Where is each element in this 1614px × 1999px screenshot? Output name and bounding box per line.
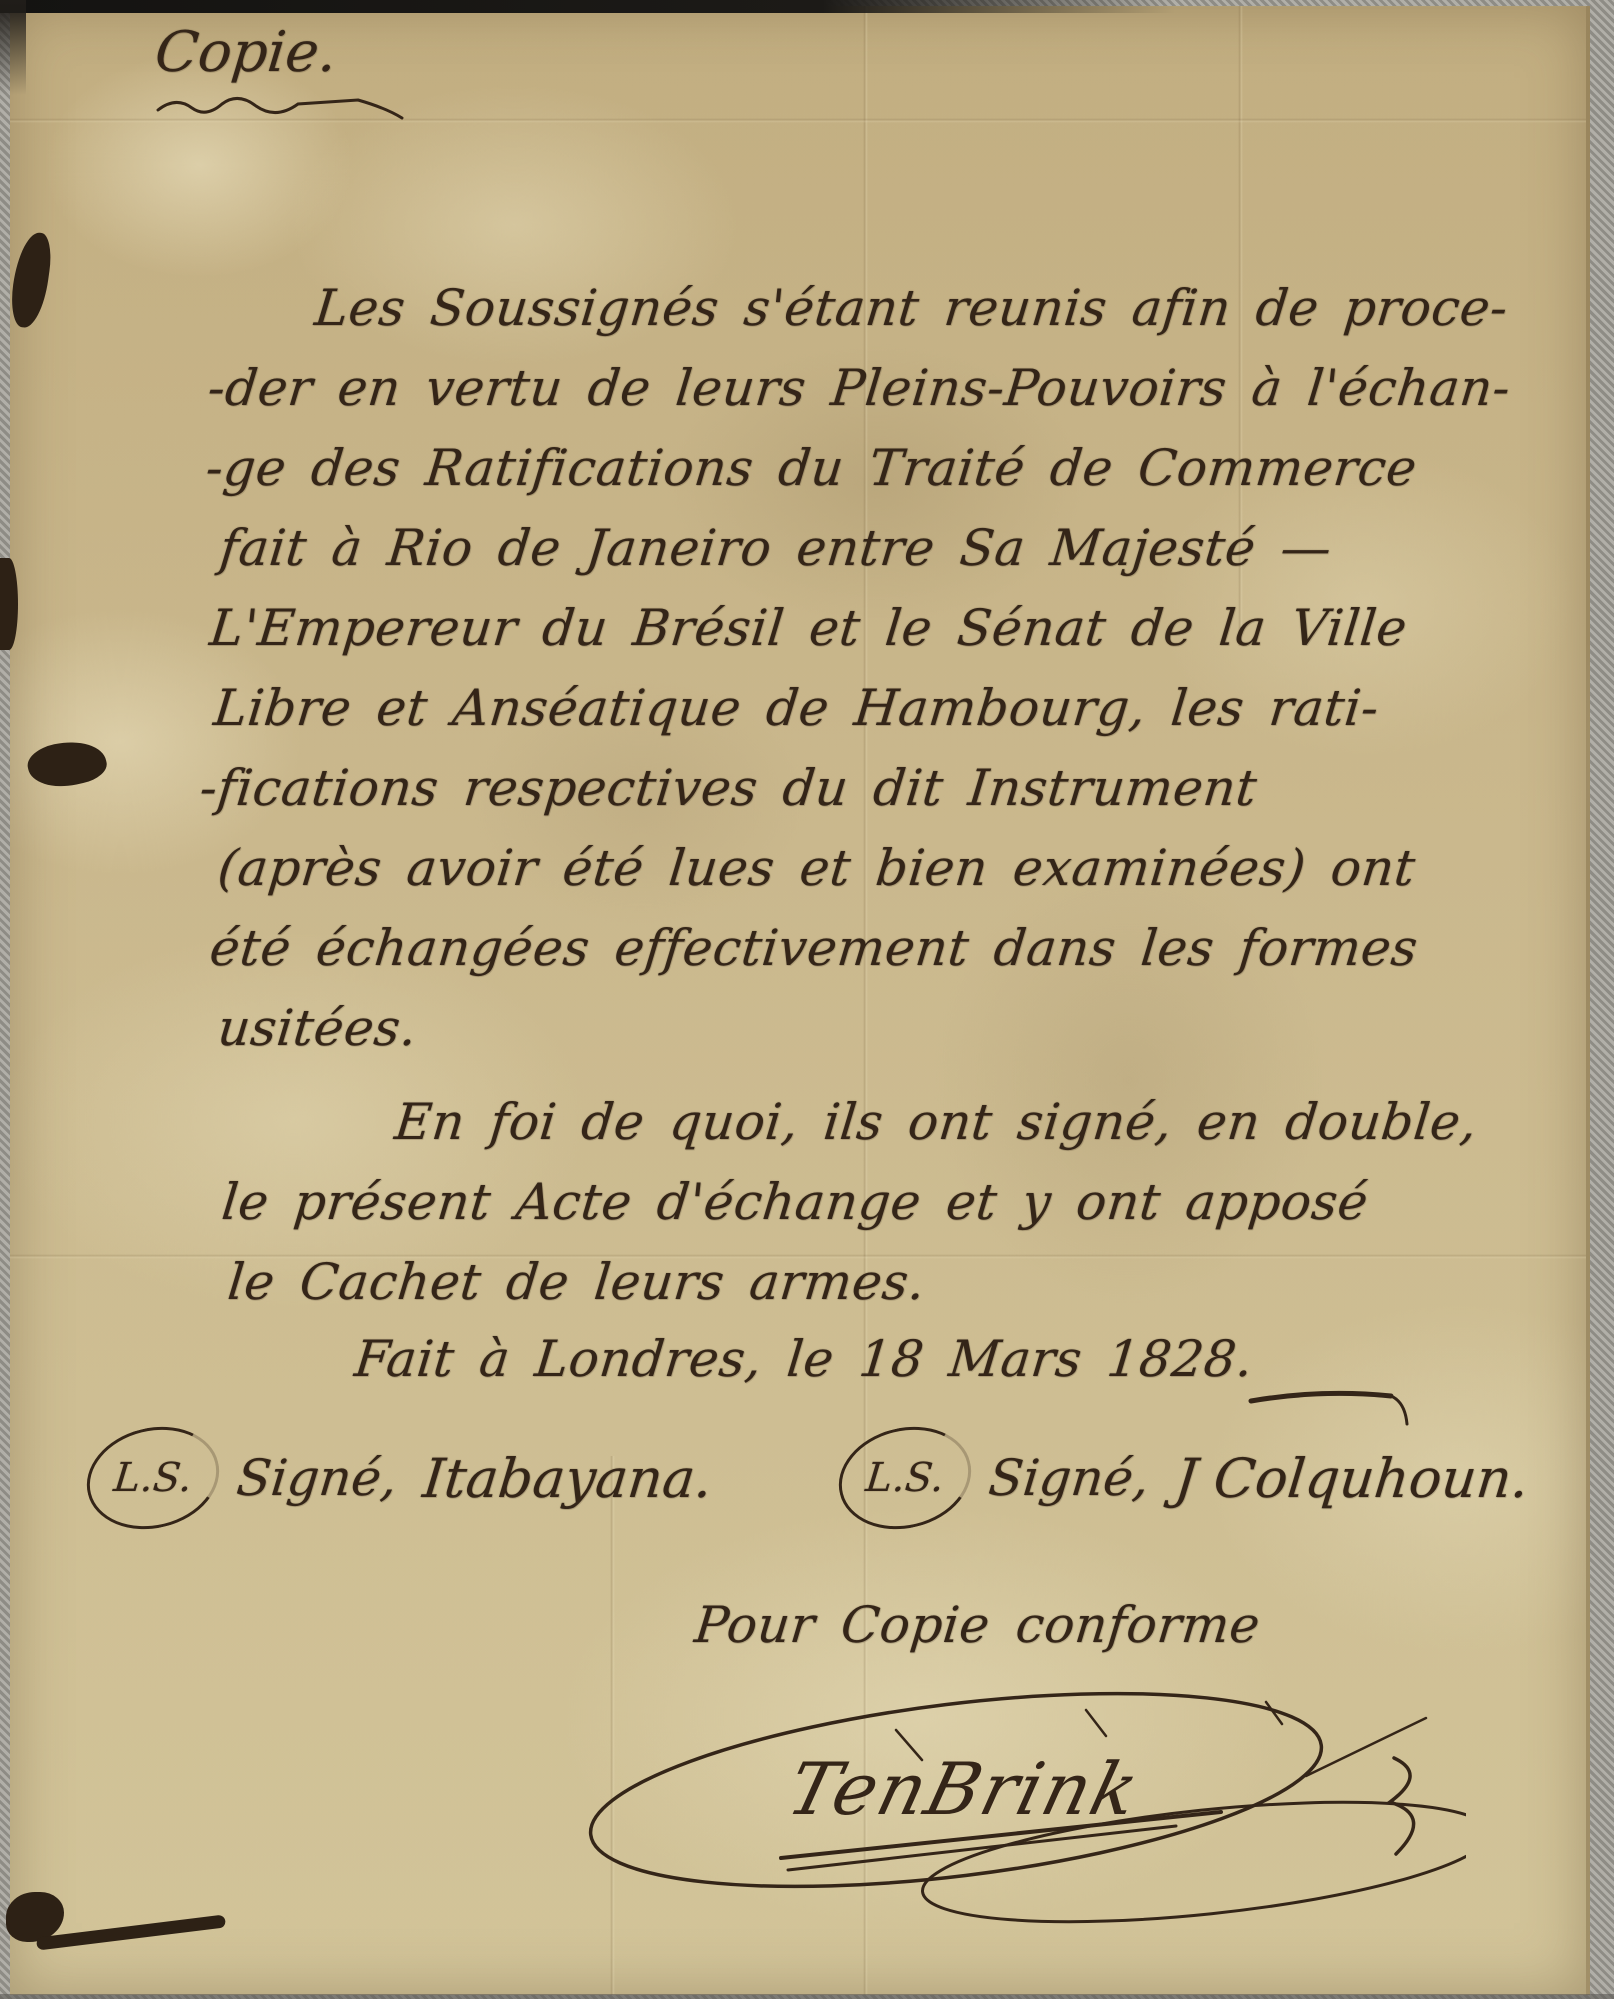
photo-edge-top-left — [0, 0, 26, 95]
dateline: Fait à Londres, le 18 Mars 1828. — [352, 1330, 1256, 1388]
signed-prefix: Signé, — [234, 1449, 400, 1507]
ls-seal-icon: L.S. — [828, 1413, 982, 1542]
ls-seal-label: L.S. — [864, 1455, 947, 1501]
text-line: usitées. — [196, 988, 1534, 1068]
ls-seal-icon: L.S. — [76, 1413, 230, 1542]
photograph-background: Copie. Les Soussignés s'étant reunis afi… — [0, 0, 1614, 1999]
header-copie-label: Copie. — [152, 20, 340, 85]
body-paragraph-2: En foi de quoi, ils ont signé, en double… — [196, 1082, 1526, 1322]
text-line: fait à Rio de Janeiro entre Sa Majesté — — [196, 508, 1534, 588]
text-line: (après avoir été lues et bien examinées)… — [196, 828, 1534, 908]
text-line: été échangées effectivement dans les for… — [196, 908, 1534, 988]
text-line: -ge des Ratifications du Traité de Comme… — [196, 428, 1534, 508]
signature-itabayana: L.S. Signé, Itabayana. — [86, 1428, 709, 1528]
ink-blot — [0, 558, 18, 650]
certification-line: Pour Copie conforme — [692, 1596, 1263, 1654]
signatory-name: Itabayana. — [420, 1447, 715, 1510]
text-line: -fications respectives du dit Instrument — [196, 748, 1534, 828]
copie-flourish — [150, 88, 410, 128]
body-paragraph-1: Les Soussignés s'étant reunis afin de pr… — [196, 268, 1526, 1068]
text-line: Les Soussignés s'étant reunis afin de pr… — [196, 268, 1534, 348]
ls-seal-label: L.S. — [112, 1455, 195, 1501]
text-line: Libre et Anséatique de Hambourg, les rat… — [196, 668, 1534, 748]
signed-prefix: Signé, — [986, 1449, 1152, 1507]
certifier-signature: TenBrink — [566, 1672, 1466, 1972]
text-line: -der en vertu de leurs Pleins-Pouvoirs à… — [196, 348, 1534, 428]
text-line: le Cachet de leurs armes. — [196, 1242, 1534, 1322]
text-line: le présent Acte d'échange et y ont appos… — [196, 1162, 1534, 1242]
certifier-signature-text: TenBrink — [780, 1748, 1149, 1832]
photo-edge-top — [0, 0, 1175, 13]
text-line: En foi de quoi, ils ont signé, en double… — [196, 1082, 1534, 1162]
text-line: L'Empereur du Brésil et le Sénat de la V… — [196, 588, 1534, 668]
photo-edge-bottom — [0, 1994, 1614, 1999]
signatory-name: J Colquhoun. — [1172, 1447, 1532, 1510]
signature-colquhoun: L.S. Signé, J Colquhoun. — [838, 1428, 1525, 1528]
